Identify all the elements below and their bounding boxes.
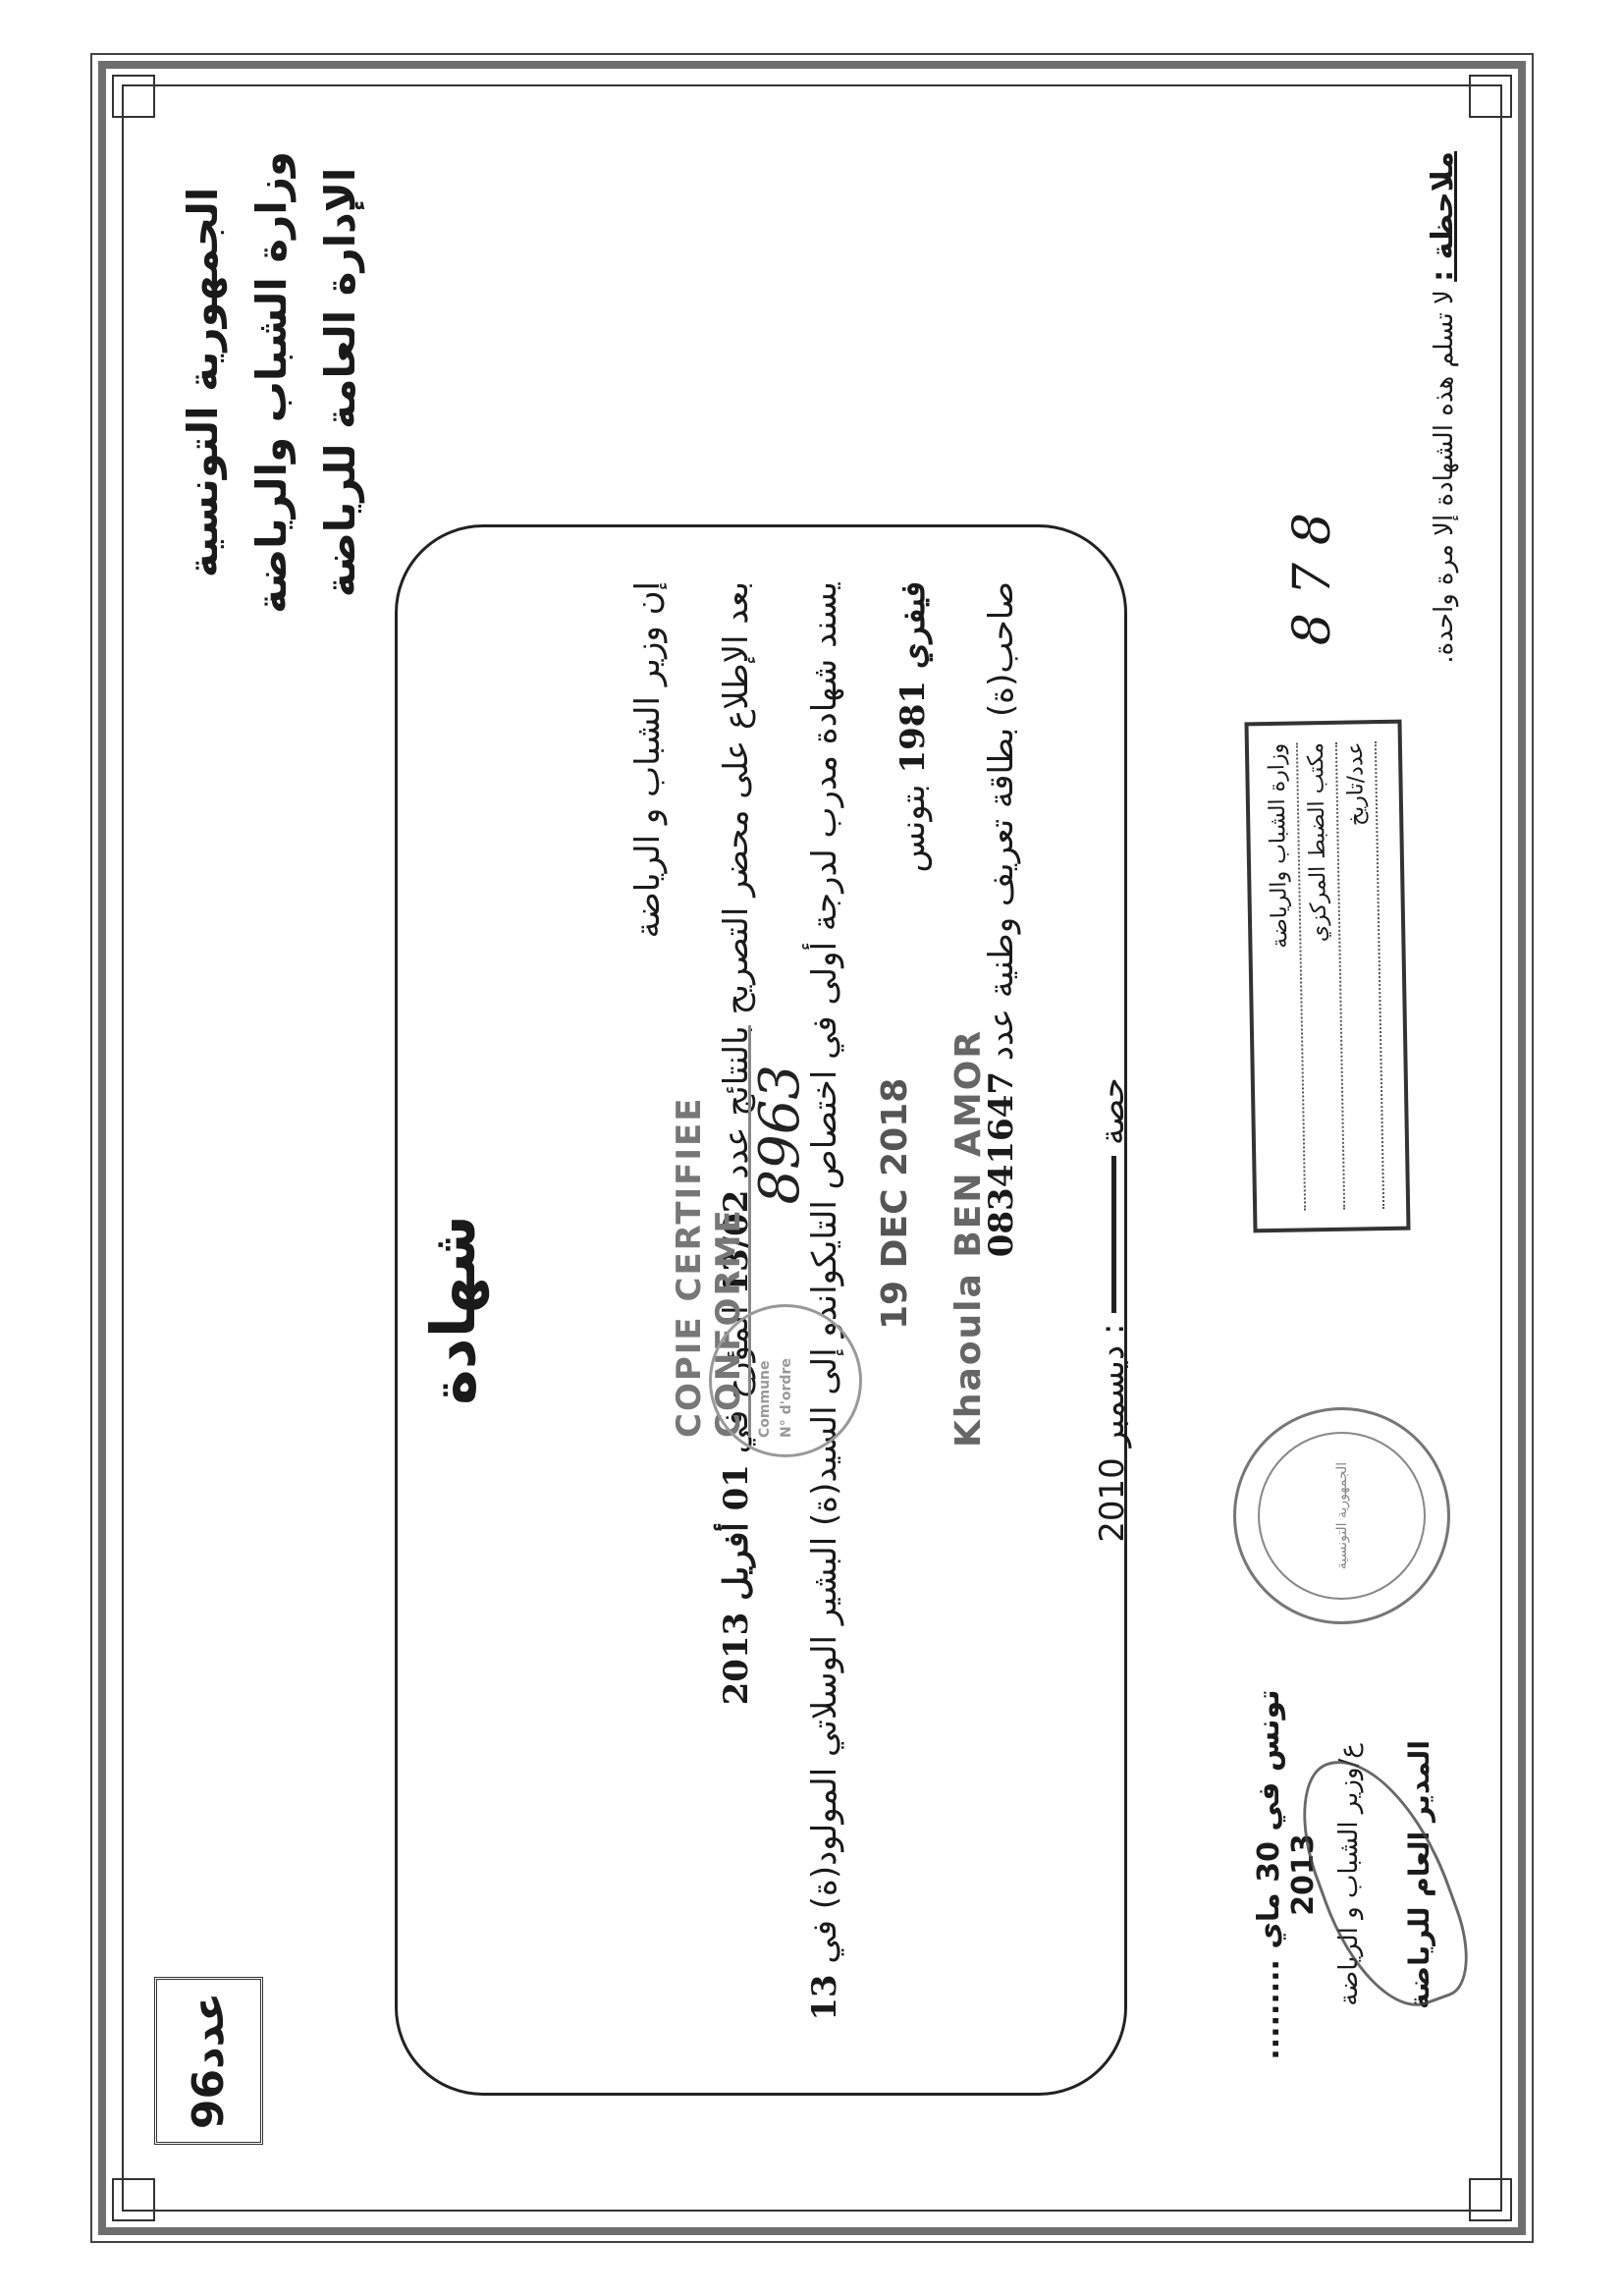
number-label: عدد: [184, 1993, 234, 2069]
record-date: 01 أفريل 2013: [717, 1464, 756, 1705]
round-seal: الجمهورية التونسية: [1233, 1407, 1450, 1624]
conformity-stamp: COPIE CERTIFIEE CONFORME Commune N° d'or…: [670, 1025, 935, 1438]
stamp-official-name: Khaoula BEN AMOR: [948, 1029, 989, 1448]
stamp-handwritten-number: 8963: [748, 1065, 812, 1205]
note-text: لا تسلم هذه الشهادة إلا مرة واحدة.: [1430, 290, 1459, 664]
header-directorate: الإدارة العامة للرياضة: [306, 151, 375, 614]
birth-place: بتونس: [893, 784, 933, 872]
footer-note: ملاحظة : لا تسلم هذه الشهادة إلا مرة واح…: [1426, 151, 1460, 664]
divider: [1111, 1156, 1116, 1313]
signature-block: تونس في 30 ماي ......... 2013 ع/وزير الش…: [1252, 1668, 1435, 2081]
title-text: شهادة: [417, 1215, 489, 1405]
certificate-number-box: عدد 96: [154, 1977, 263, 2145]
note-label: ملاحظة :: [1426, 151, 1460, 282]
stamp-oval: [709, 1304, 862, 1457]
session-line: حصة : ديسمبر 2010: [1093, 527, 1132, 2093]
signature-date: تونس في 30 ماي ......... 2013: [1252, 1668, 1321, 2081]
holder-name: البشير الوسلاتي: [805, 1537, 844, 1757]
number-value: 96: [184, 2069, 234, 2129]
certificate-title: شهادة: [417, 527, 489, 2093]
certificate-sheet: الجمهورية التونسية وزارة الشباب والرياضة…: [81, 43, 1543, 2253]
registration-handwritten-number: 878: [1283, 495, 1342, 645]
header-republic: الجمهورية التونسية: [169, 151, 238, 614]
registration-stamp: وزارة الشباب والرياضة مكتب الضبط المركزي…: [1244, 720, 1410, 1233]
issuer-header: الجمهورية التونسية وزارة الشباب والرياضة…: [169, 151, 375, 614]
stamp-date: 19 DEC 2018: [875, 1078, 915, 1330]
header-ministry: وزارة الشباب والرياضة: [238, 151, 306, 614]
session-value: ديسمبر 2010: [1093, 1345, 1132, 1543]
